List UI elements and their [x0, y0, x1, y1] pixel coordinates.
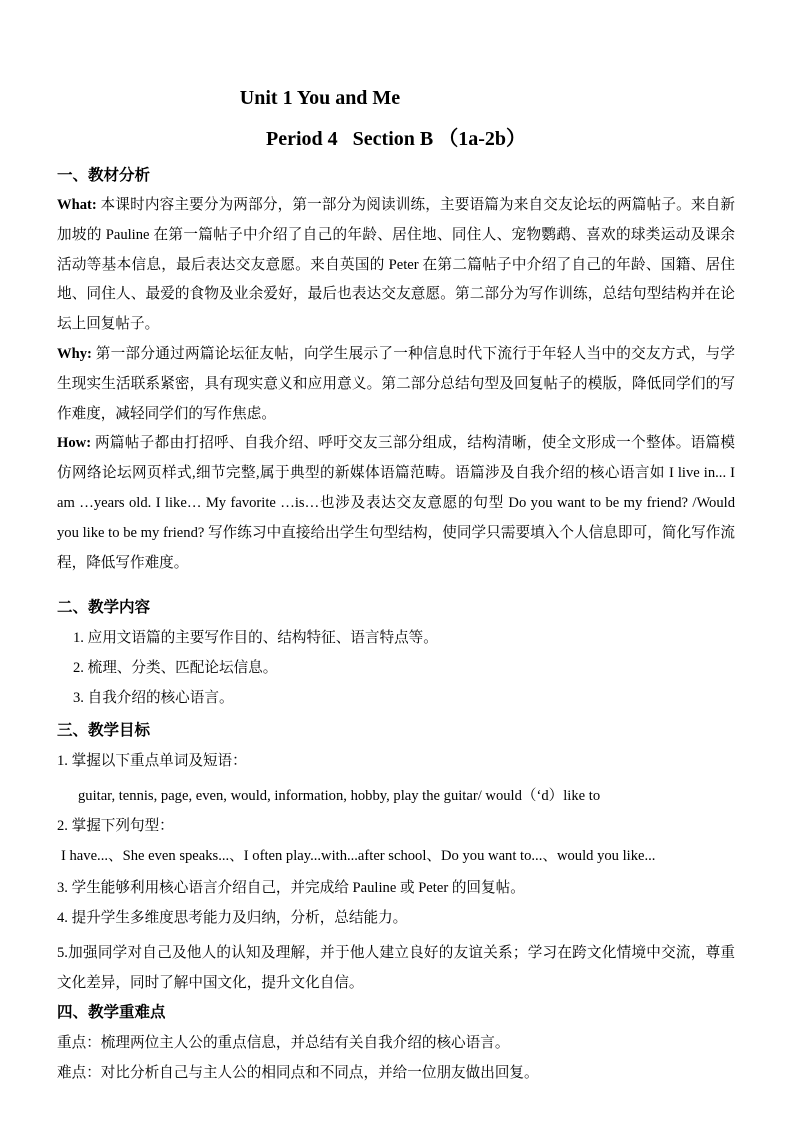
- section4-heading: 四、教学重难点: [57, 998, 735, 1028]
- key-point: 重点：梳理两位主人公的重点信息，并总结有关自我介绍的核心语言。: [57, 1028, 735, 1058]
- section1-heading: 一、教材分析: [57, 161, 735, 191]
- section3-heading: 三、教学目标: [57, 716, 735, 746]
- what-paragraph: What: 本课时内容主要分为两部分，第一部分为阅读训练，主要语篇为来自交友论坛…: [57, 191, 735, 340]
- objective-item-4: 4. 提升学生多维度思考能力及归纳，分析，总结能力。: [57, 903, 735, 933]
- doc-title-line2: Period 4 Section B （1a-2b）: [57, 127, 735, 151]
- objective-sentence-list: I have...、She even speaks...、I often pla…: [57, 841, 735, 871]
- document-page: Unit 1 You and Me Period 4 Section B （1a…: [0, 0, 793, 1122]
- how-label: How:: [57, 435, 91, 451]
- why-paragraph: Why: 第一部分通过两篇论坛征友帖，向学生展示了一种信息时代下流行于年轻人当中…: [57, 340, 735, 429]
- objective-item-1: 1. 掌握以下重点单词及短语：: [57, 746, 735, 776]
- what-text: 本课时内容主要分为两部分，第一部分为阅读训练，主要语篇为来自交友论坛的两篇帖子。…: [57, 197, 735, 332]
- objective-word-list: guitar, tennis, page, even, would, infor…: [57, 781, 735, 811]
- objective-item-3: 3. 学生能够利用核心语言介绍自己，并完成给 Pauline 或 Peter 的…: [57, 873, 735, 903]
- teaching-content-item-2: 2. 梳理、分类、匹配论坛信息。: [57, 653, 735, 683]
- document-content: Unit 1 You and Me Period 4 Section B （1a…: [0, 0, 793, 1088]
- teaching-content-item-1: 1. 应用文语篇的主要写作目的、结构特征、语言特点等。: [57, 623, 735, 653]
- how-paragraph: How: 两篇帖子都由打招呼、自我介绍、呼吁交友三部分组成，结构清晰，使全文形成…: [57, 429, 735, 578]
- why-label: Why:: [57, 346, 92, 362]
- section2-heading: 二、教学内容: [57, 593, 735, 623]
- teaching-content-item-3: 3. 自我介绍的核心语言。: [57, 683, 735, 713]
- how-text: 两篇帖子都由打招呼、自我介绍、呼吁交友三部分组成，结构清晰，使全文形成一个整体。…: [57, 435, 735, 570]
- objective-item-5: 5.加强同学对自己及他人的认知及理解，并于他人建立良好的友谊关系；学习在跨文化情…: [57, 938, 735, 998]
- what-label: What:: [57, 197, 97, 213]
- doc-title-line1: Unit 1 You and Me: [0, 86, 659, 110]
- difficult-point: 难点：对比分析自己与主人公的相同点和不同点，并给一位朋友做出回复。: [57, 1058, 735, 1088]
- objective-item-2: 2. 掌握下列句型：: [57, 811, 735, 841]
- why-text: 第一部分通过两篇论坛征友帖，向学生展示了一种信息时代下流行于年轻人当中的交友方式…: [57, 346, 735, 422]
